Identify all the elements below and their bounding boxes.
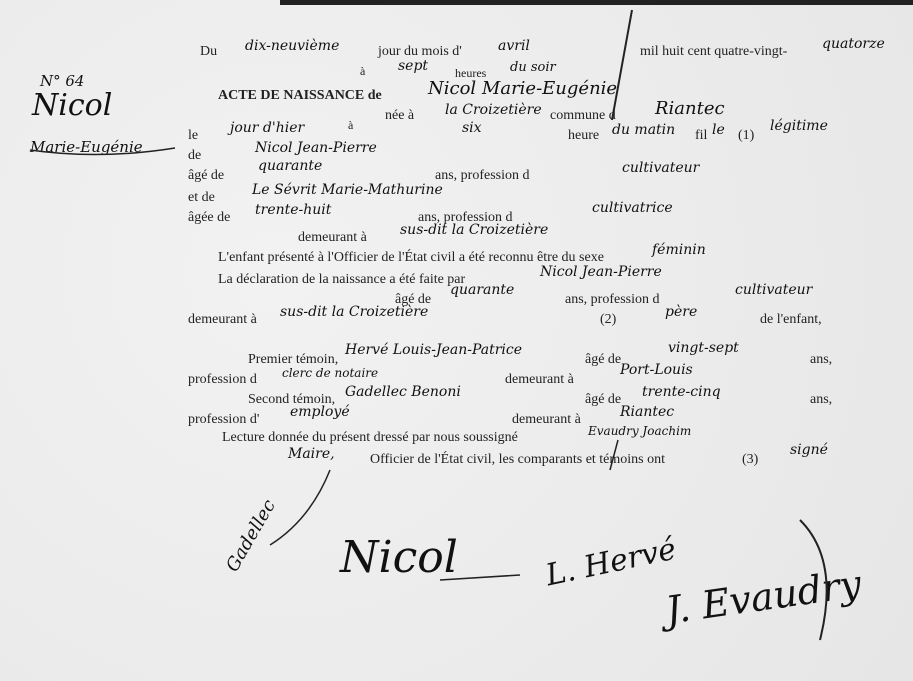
birth-record-page: N° 64 Nicol Marie-Eugénie Du dix-neuvièm…: [0, 0, 913, 681]
pen-strokes: [0, 0, 913, 681]
